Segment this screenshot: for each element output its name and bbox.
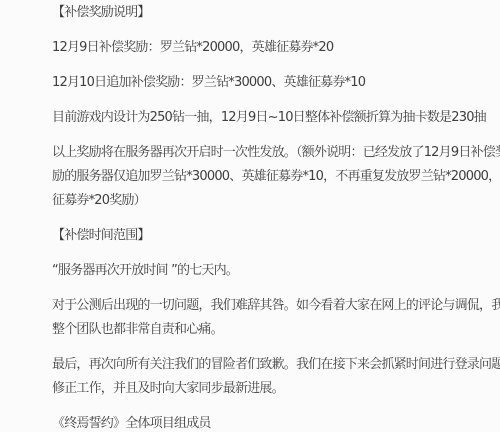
paragraph-line: 修正工作，并且及时向大家同步最新进展。 (52, 377, 496, 401)
paragraph-timeframe: “服务器再次开放时间 ”的七天内。 (52, 259, 496, 283)
paragraph-line: 12月10日追加补偿奖励：罗兰钻*30000、英雄征募券*10 (52, 71, 496, 95)
section-heading-compensation-timeframe: 【补偿时间范围】 (52, 224, 496, 248)
signature-project-team: 《终焉誓约》全体项目组成员 (52, 412, 496, 432)
section-heading-compensation-rewards: 【补偿奖励说明】 (52, 1, 496, 25)
paragraph-line: 最后，再次向所有关注我们的冒险者们致歉。我们在接下来会抓紧时间进行登录问题的 (52, 353, 496, 377)
paragraph-line: 以上奖励将在服务器再次开启时一次性发放。（额外说明：已经发放了12月9日补偿奖 (52, 141, 496, 165)
paragraph-apology-reflection: 对于公测后出现的一切问题，我们难辞其咎。如今看着大家在网上的评论与调侃，我们 整… (52, 294, 496, 342)
paragraph-distribution-note: 以上奖励将在服务器再次开启时一次性发放。（额外说明：已经发放了12月9日补偿奖 … (52, 141, 496, 213)
paragraph-apology-commitment: 最后，再次向所有关注我们的冒险者们致歉。我们在接下来会抓紧时间进行登录问题的 修… (52, 353, 496, 401)
paragraph-line: 12月9日补偿奖励：罗兰钻*20000，英雄征募券*20 (52, 36, 496, 60)
paragraph-line: 征募券*20奖励） (52, 189, 496, 213)
paragraph-line: “服务器再次开放时间 ”的七天内。 (52, 259, 496, 283)
paragraph-line: 整个团队也都非常自责和心痛。 (52, 318, 496, 342)
paragraph-reward-dec9: 12月9日补偿奖励：罗兰钻*20000，英雄征募券*20 (52, 36, 496, 60)
paragraph-gacha-conversion: 目前游戏内设计为250钻一抽，12月9日~10日整体补偿额折算为抽卡数是230抽 (52, 106, 496, 130)
paragraph-line: 目前游戏内设计为250钻一抽，12月9日~10日整体补偿额折算为抽卡数是230抽 (52, 106, 496, 130)
announcement-document: 【补偿奖励说明】 12月9日补偿奖励：罗兰钻*20000，英雄征募券*20 12… (0, 0, 500, 432)
heading-text: 【补偿奖励说明】 (52, 1, 496, 25)
paragraph-reward-dec10: 12月10日追加补偿奖励：罗兰钻*30000、英雄征募券*10 (52, 71, 496, 95)
heading-text: 【补偿时间范围】 (52, 224, 496, 248)
paragraph-line: 励的服务器仅追加罗兰钻*30000、英雄征募券*10，不再重复发放罗兰钻*200… (52, 165, 496, 189)
signature-line: 《终焉誓约》全体项目组成员 (52, 412, 496, 432)
paragraph-line: 对于公测后出现的一切问题，我们难辞其咎。如今看着大家在网上的评论与调侃，我们 (52, 294, 496, 318)
